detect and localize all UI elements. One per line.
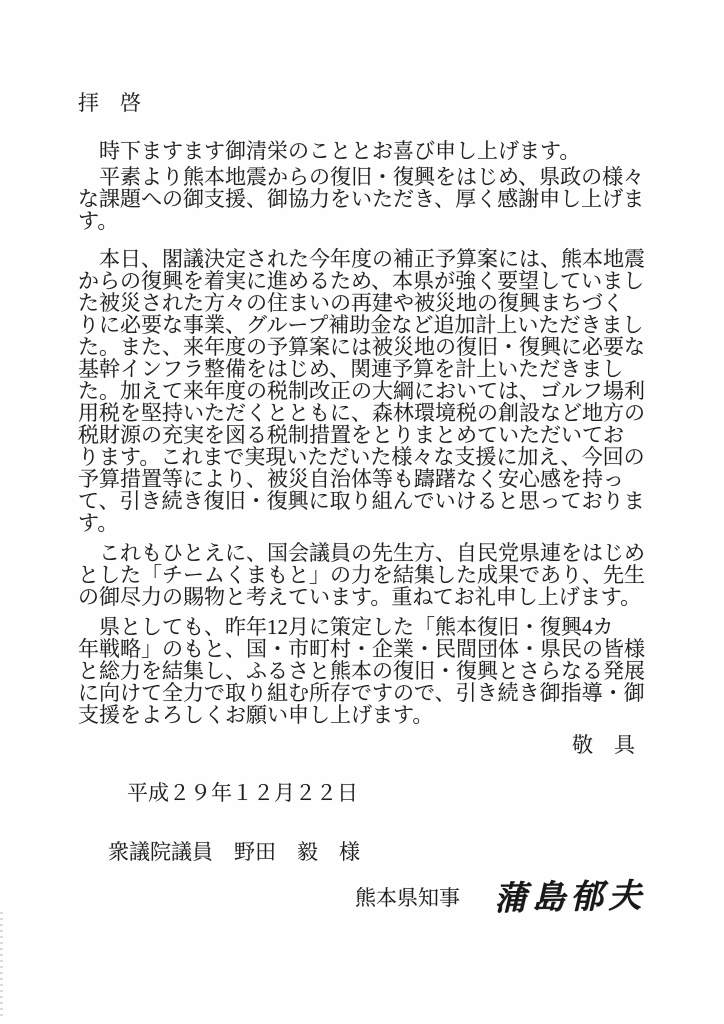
paragraph-line: 支援をよろしくお願い申し上げます。 xyxy=(78,704,648,726)
paragraph: 時下ますます御清栄のこととお喜び申し上げます。 xyxy=(78,140,648,162)
paragraph-line: 予算措置等により、被災自治体等も躊躇なく安心感を持っ xyxy=(78,468,648,490)
paragraph: 平素より熊本地震からの復旧・復興をはじめ、県政の様々 な課題への御支援、御協力を… xyxy=(78,166,648,232)
paragraph-line: す。 xyxy=(78,210,648,232)
sender-handwritten-signature: 蒲島郁夫 xyxy=(494,885,646,910)
paragraph-line: の御尽力の賜物と考えています。重ねてお礼申し上げます。 xyxy=(78,586,648,608)
paragraph-line: す。 xyxy=(78,512,648,534)
paragraph-line: て、引き続き復旧・復興に取り組んでいけると思っておりま xyxy=(78,490,648,512)
paragraph-line: 県としても、昨年12月に策定した「熊本復旧・復興4カ xyxy=(78,616,648,638)
scanned-letter-page: 拝 啓 時下ますます御清栄のこととお喜び申し上げます。 平素より熊本地震からの復… xyxy=(0,0,724,1024)
paragraph: これもひとえに、国会議員の先生方、自民党県連をはじめ とした「チームくまもと」の… xyxy=(78,542,648,608)
paragraph-line: と総力を結集し、ふるさと熊本の復旧・復興とさらなる発展 xyxy=(78,660,648,682)
paragraph-line: た被災された方々の住まいの再建や被災地の復興まちづく xyxy=(78,292,648,314)
paragraph-line: に向けて全力で取り組む所存ですので、引き続き御指導・御 xyxy=(78,682,648,704)
paragraph: 本日、閣議決定された今年度の補正予算案には、熊本地震 からの復興を着実に進めるた… xyxy=(78,248,648,534)
scan-edge-artifact xyxy=(0,912,3,1017)
paragraph-line: からの復興を着実に進めるため、本県が強く要望していまし xyxy=(78,270,648,292)
paragraph: 県としても、昨年12月に策定した「熊本復旧・復興4カ 年戦略」のもと、国・市町村… xyxy=(78,616,648,726)
closing-salutation: 敬 具 xyxy=(78,734,648,756)
sender-title: 熊本県知事 xyxy=(355,887,460,909)
paragraph-line: な課題への御支援、御協力をいただき、厚く感謝申し上げま xyxy=(78,188,648,210)
paragraph-line: とした「チームくまもと」の力を結集した成果であり、先生 xyxy=(78,564,648,586)
paragraph-line: ります。これまで実現いただいた様々な支援に加え、今回の xyxy=(78,446,648,468)
paragraph-line: 用税を堅持いただくとともに、森林環境税の創設など地方の xyxy=(78,402,648,424)
paragraph-line: 税財源の充実を図る税制措置をとりまとめていただいてお xyxy=(78,424,648,446)
paragraph-line: 平素より熊本地震からの復旧・復興をはじめ、県政の様々 xyxy=(78,166,648,188)
paragraph-line: 本日、閣議決定された今年度の補正予算案には、熊本地震 xyxy=(78,248,648,270)
paragraph-line: た。また、来年度の予算案には被災地の復旧・復興に必要な xyxy=(78,336,648,358)
paragraph-line: りに必要な事業、グループ補助金など追加計上いただきまし xyxy=(78,314,648,336)
paragraph-line: 基幹インフラ整備をはじめ、関連予算を計上いただきまし xyxy=(78,358,648,380)
opening-greeting: 拝 啓 xyxy=(78,92,648,114)
paragraph-line: 時下ますます御清栄のこととお喜び申し上げます。 xyxy=(78,140,648,162)
letter-body: 拝 啓 時下ますます御清栄のこととお喜び申し上げます。 平素より熊本地震からの復… xyxy=(0,0,724,1024)
sender-block: 熊本県知事 蒲島郁夫 xyxy=(355,887,648,909)
paragraph-line: これもひとえに、国会議員の先生方、自民党県連をはじめ xyxy=(78,542,648,564)
paragraph-line: 年戦略」のもと、国・市町村・企業・民間団体・県民の皆様 xyxy=(78,638,648,660)
recipient-line: 衆議院議員 野田 毅 様 xyxy=(108,841,648,863)
paragraph-line: た。加えて来年度の税制改正の大綱においては、ゴルフ場利 xyxy=(78,380,648,402)
date-line: 平成２９年１２月２２日 xyxy=(127,782,648,804)
